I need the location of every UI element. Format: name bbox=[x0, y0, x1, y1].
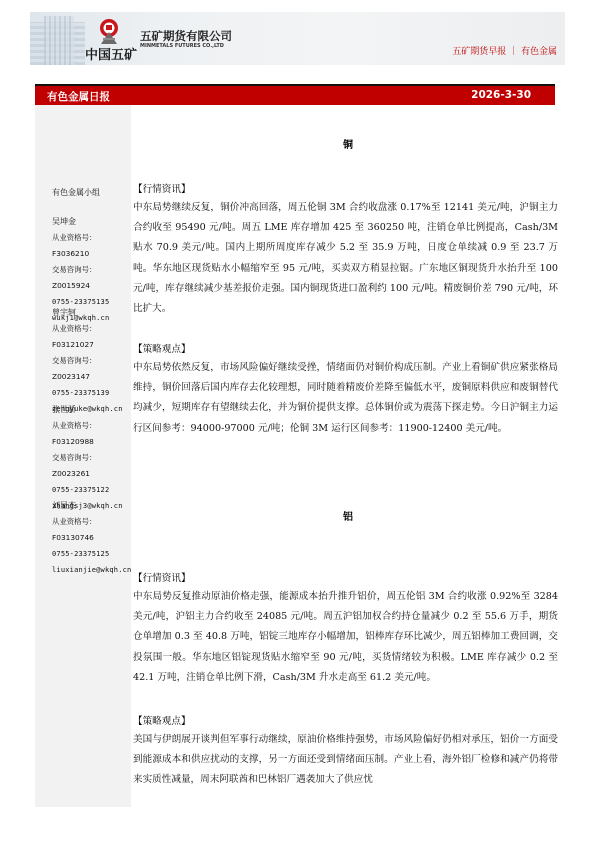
analyst-advisory: 交易咨询号：Z0023147 bbox=[52, 353, 131, 385]
group-name: 有色金属小组 bbox=[52, 187, 100, 198]
building-graphic bbox=[44, 16, 74, 65]
analyst-cert: 从业资格号：F03130746 bbox=[52, 514, 131, 546]
section-title-aluminum: 铝 bbox=[131, 508, 565, 523]
report-date: 2026-3-30 bbox=[471, 89, 531, 101]
analyst-sidebar: 有色金属小组 吴坤金 从业资格号：F3036210 交易咨询号：Z0015924… bbox=[35, 105, 131, 807]
analyst-cert: 从业资格号：F03121027 bbox=[52, 321, 131, 353]
analyst-email[interactable]: liuxianjie@wkqh.cn bbox=[52, 562, 131, 578]
company-name-cn: 五矿期货有限公司 bbox=[140, 28, 232, 44]
market-news-text: 中东局势继续反复，铜价冲高回落，周五伦铜 3M 合约收盘涨 0.17%至 121… bbox=[133, 198, 558, 319]
strategy-label: 【策略观点】 bbox=[133, 341, 191, 355]
analyst-card: 刘显杰 从业资格号：F03130746 0755-23375125 liuxia… bbox=[52, 498, 131, 578]
analyst-phone: 0755-23375122 bbox=[52, 482, 131, 498]
header-banner: 中国五矿 五矿期货有限公司 MINMETALS FUTURES CO.,LTD … bbox=[30, 12, 565, 65]
section-title-copper: 铜 bbox=[131, 136, 565, 151]
minmetals-logo-icon bbox=[97, 18, 121, 44]
analyst-card: 曾宇轲 从业资格号：F03121027 交易咨询号：Z0023147 0755-… bbox=[52, 305, 131, 417]
analyst-advisory: 交易咨询号：Z0023261 bbox=[52, 450, 131, 482]
market-news-label: 【行情资讯】 bbox=[133, 181, 191, 195]
analyst-advisory: 交易咨询号：Z0015924 bbox=[52, 262, 131, 294]
strategy-text: 中东局势依然反复，市场风险偏好继续受挫，情绪面仍对铜价构成压制。产业上看铜矿供应… bbox=[133, 358, 558, 439]
analyst-name: 吴坤金 bbox=[52, 214, 131, 230]
analyst-name: 曾宇轲 bbox=[52, 305, 131, 321]
company-name-en: MINMETALS FUTURES CO.,LTD bbox=[140, 43, 224, 49]
market-news-label: 【行情资讯】 bbox=[133, 570, 191, 584]
analyst-name: 刘显杰 bbox=[52, 498, 131, 514]
analyst-phone: 0755-23375139 bbox=[52, 385, 131, 401]
analyst-cert: 从业资格号：F03120988 bbox=[52, 418, 131, 450]
market-news-text: 中东局势反复推动原油价格走强，能源成本抬升推升铝价，周五伦铝 3M 合约收涨 0… bbox=[133, 587, 558, 688]
strategy-text: 美国与伊朗展开谈判但军事行动继续，原油价格维持强势，市场风险偏好仍相对承压，铝价… bbox=[133, 730, 558, 791]
logo-text: 中国五矿 bbox=[85, 44, 137, 63]
analyst-cert: 从业资格号：F3036210 bbox=[52, 230, 131, 262]
report-tag: 五矿期货早报 ｜ 有色金属 bbox=[452, 44, 557, 57]
report-title: 有色金属日报 bbox=[47, 89, 110, 104]
strategy-label: 【策略观点】 bbox=[133, 713, 191, 727]
analyst-name: 张世骄 bbox=[52, 402, 131, 418]
title-bar: 有色金属日报 2026-3-30 bbox=[35, 86, 555, 105]
analyst-phone: 0755-23375125 bbox=[52, 546, 131, 562]
